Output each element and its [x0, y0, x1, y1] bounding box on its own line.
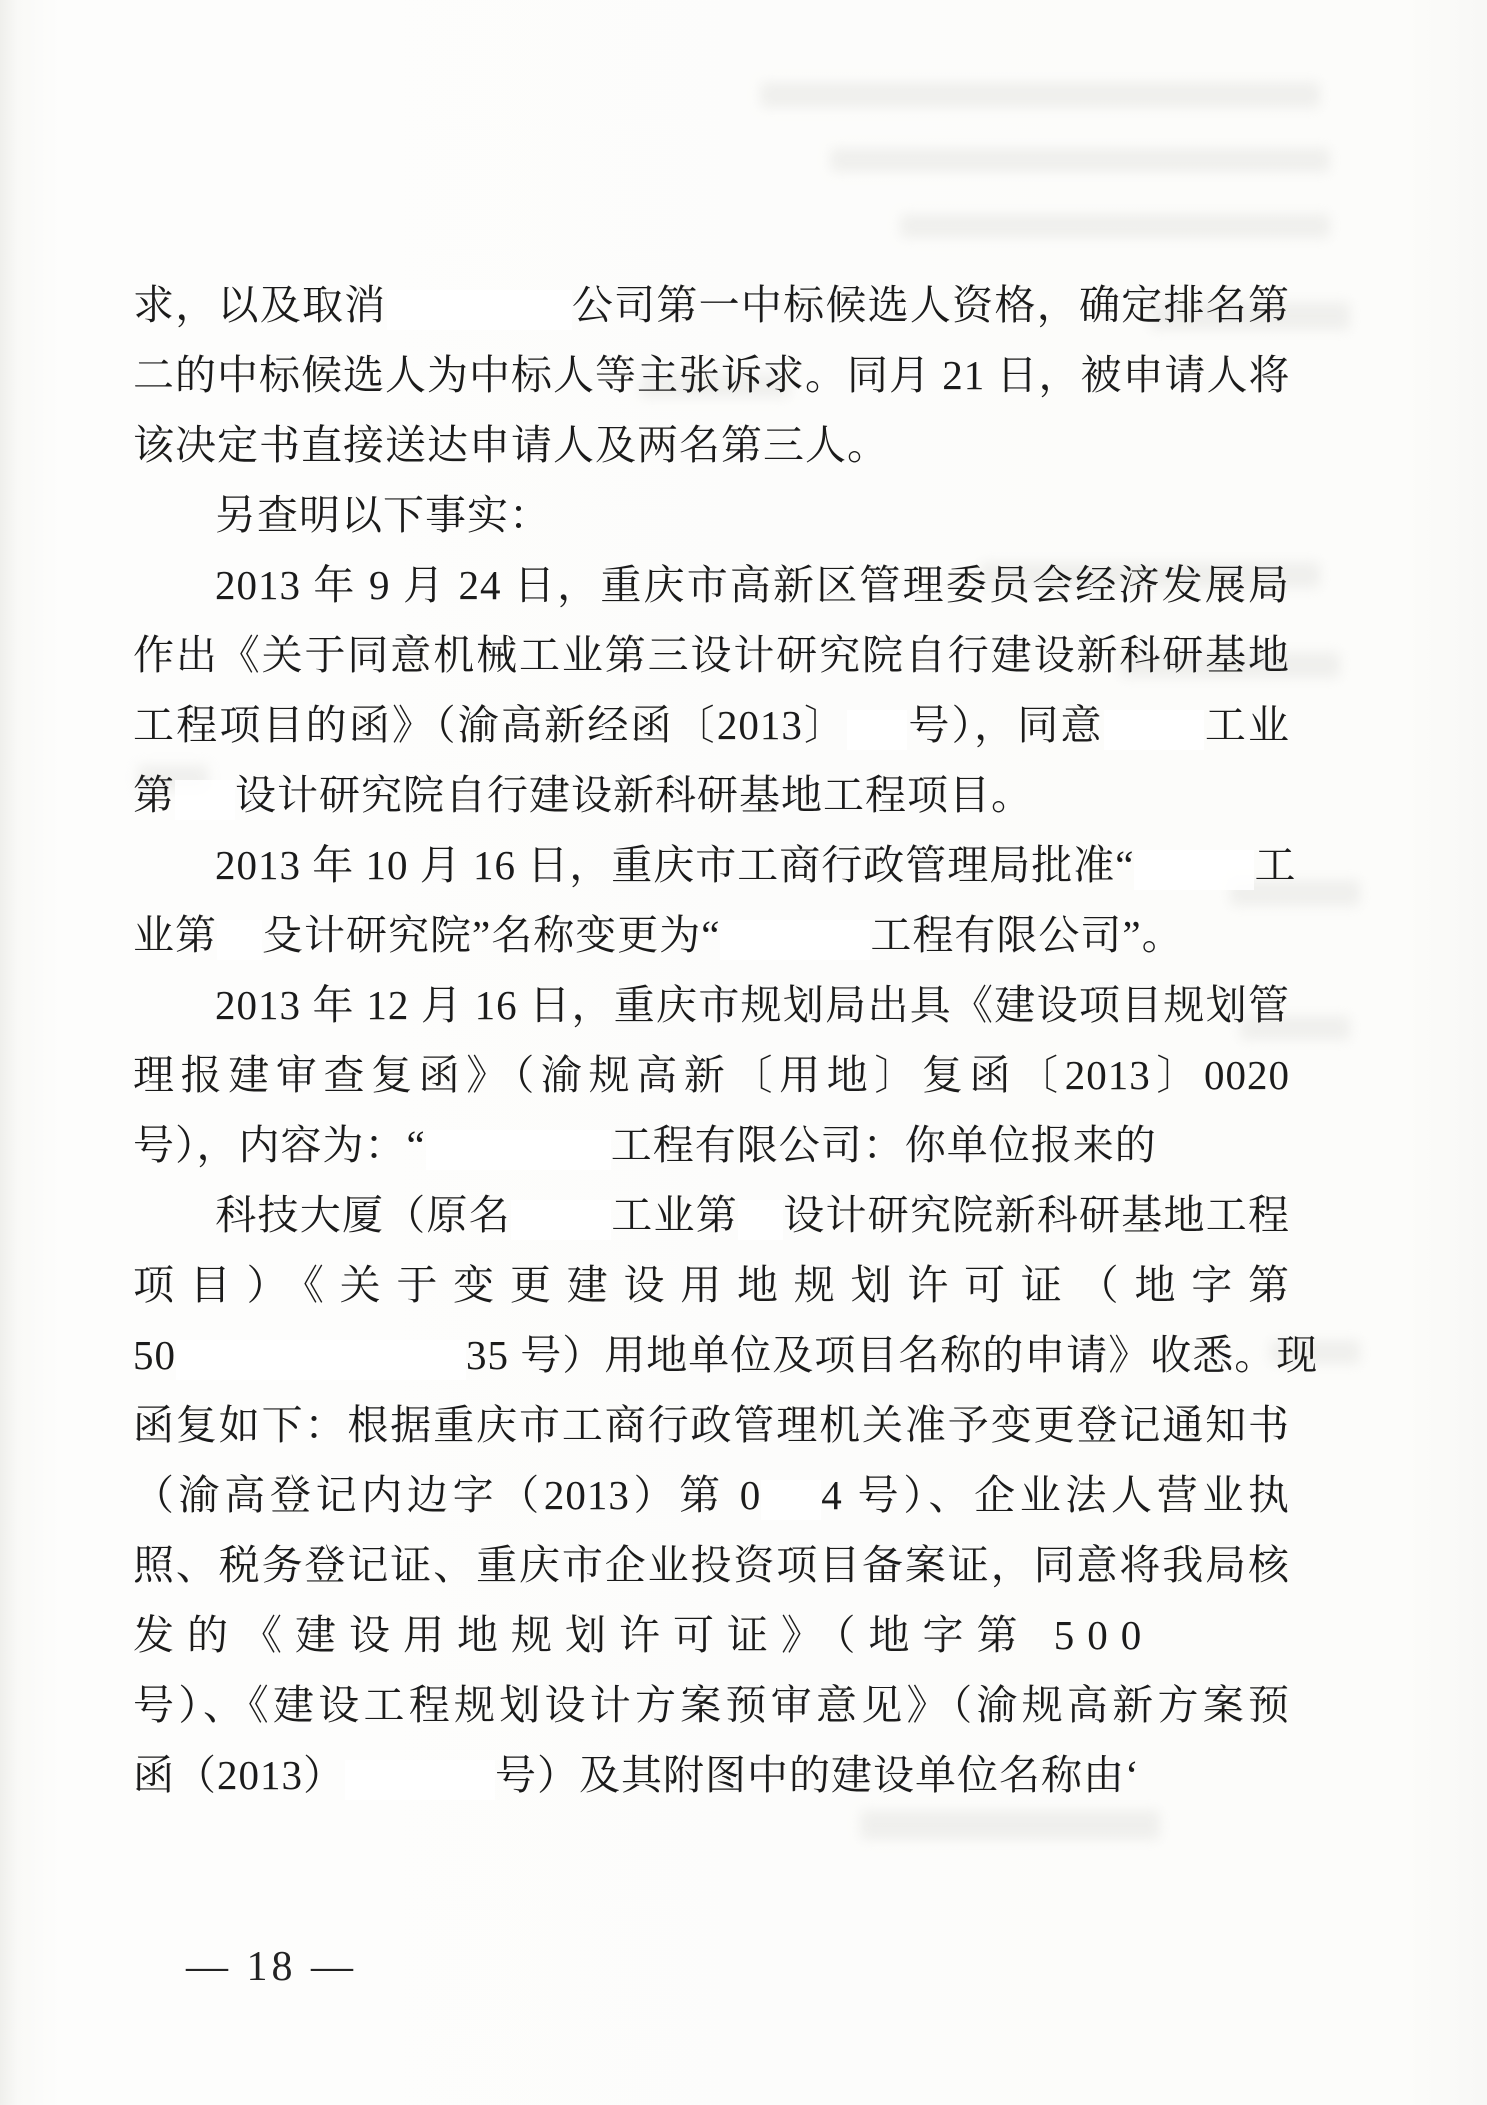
text-segment: 2013 年 10 月 16 日，重庆市工商行政管理局批准“ — [215, 842, 1134, 888]
text-line-4: 另查明以下事实： — [133, 480, 1290, 550]
text-segment: 业第 — [133, 912, 217, 958]
text-line-5: 2013 年 9 月 24 日，重庆市高新区管理委员会经济发展局 — [133, 550, 1290, 620]
redaction-gap — [720, 920, 870, 960]
text-segment: （渝高登记内边字（2013）第 0 — [133, 1472, 761, 1518]
text-line-20: 发的《建设用地规划许可证》（地字第 500 — [133, 1600, 1290, 1670]
text-segment: 工业第 — [611, 1192, 738, 1238]
text-line-19: 照、税务登记证、重庆市企业投资项目备案证，同意将我局核 — [133, 1530, 1290, 1600]
text-segment: 函复如下：根据重庆市工商行政管理机关准予变更登记通知书 — [133, 1402, 1290, 1448]
redaction-gap — [738, 1200, 783, 1240]
text-line-8: 第设计研究院自行建设新科研基地工程项目。 — [133, 760, 1290, 830]
text-segment: 号）及其附图中的建设单位名称由‘ — [495, 1752, 1140, 1798]
text-segment: 函（2013） — [133, 1752, 345, 1798]
redaction-gap — [175, 780, 235, 820]
text-line-7: 工程项目的函》（渝高新经函〔2013〕号），同意工业 — [133, 690, 1290, 760]
text-segment: 4 号）、企业法人营业执 — [821, 1472, 1290, 1518]
text-line-14: 科技大厦（原名工业第设计研究院新科研基地工程 — [133, 1180, 1290, 1250]
text-segment: 2013 年 12 月 16 日，重庆市规划局出具《建设项目规划管 — [215, 982, 1290, 1028]
redaction-gap — [176, 1340, 466, 1380]
text-segment: 设计研究院新科研基地工程 — [783, 1192, 1290, 1238]
text-segment: 二的中标候选人为中标人等主张诉求。同月 21 日，被申请人将 — [133, 352, 1291, 398]
text-line-21: 号）、《建设工程规划设计方案预审意见》（渝规高新方案预 — [133, 1670, 1290, 1740]
text-line-9: 2013 年 10 月 16 日，重庆市工商行政管理局批准“工 — [133, 830, 1290, 900]
text-block: 求，以及取消公司第一中标候选人资格，确定排名第二的中标候选人为中标人等主张诉求。… — [133, 270, 1290, 1810]
text-segment: 工程有限公司”。 — [870, 912, 1183, 958]
text-segment: 工业 — [1204, 702, 1290, 748]
page-number: — 18 — — [186, 1943, 357, 1991]
redaction-gap — [1104, 710, 1204, 750]
text-line-22: 函（2013）号）及其附图中的建设单位名称由‘ — [133, 1740, 1290, 1810]
redaction-gap — [426, 1130, 611, 1170]
text-segment: 科技大厦（原名 — [215, 1192, 511, 1238]
redaction-gap — [761, 1480, 821, 1520]
text-segment: 殳计研究院”名称变更为“ — [262, 912, 720, 958]
text-segment: 作出《关于同意机械工业第三设计研究院自行建设新科研基地 — [133, 632, 1290, 678]
text-segment: 50 — [133, 1332, 176, 1378]
text-segment: 号），内容为：“ — [133, 1122, 426, 1168]
text-line-3: 该决定书直接送达申请人及两名第三人。 — [133, 410, 1290, 480]
redaction-gap — [1134, 850, 1254, 890]
text-line-11: 2013 年 12 月 16 日，重庆市规划局出具《建设项目规划管 — [133, 970, 1290, 1040]
redaction-gap — [511, 1200, 611, 1240]
text-segment: 该决定书直接送达申请人及两名第三人。 — [133, 422, 889, 468]
redaction-gap — [847, 710, 907, 750]
text-line-18: （渝高登记内边字（2013）第 04 号）、企业法人营业执 — [133, 1460, 1290, 1530]
text-line-13: 号），内容为：“工程有限公司：你单位报来的 — [133, 1110, 1290, 1180]
text-segment: 公司第一中标候选人资格，确定排名第 — [572, 282, 1290, 328]
text-segment: 号）、《建设工程规划设计方案预审意见》（渝规高新方案预 — [133, 1682, 1290, 1728]
text-line-1: 求，以及取消公司第一中标候选人资格，确定排名第 — [133, 270, 1290, 340]
redaction-gap — [217, 920, 262, 960]
scan-artifact — [860, 1810, 1160, 1840]
text-line-12: 理报建审查复函》（渝规高新〔用地〕复函〔2013〕0020 — [133, 1040, 1290, 1110]
text-line-16: 5035 号）用地单位及项目名称的申请》收悉。现 — [133, 1320, 1290, 1390]
text-line-2: 二的中标候选人为中标人等主张诉求。同月 21 日，被申请人将 — [133, 340, 1290, 410]
text-segment: 理报建审查复函》（渝规高新〔用地〕复函〔2013〕0020 — [133, 1052, 1290, 1098]
text-segment: 发的《建设用地规划许可证》（地字第 500 — [133, 1612, 1154, 1658]
scan-artifact — [760, 82, 1320, 108]
scan-artifact — [900, 214, 1330, 238]
redaction-gap — [345, 1760, 495, 1800]
text-segment: 工 — [1254, 842, 1296, 888]
text-segment: 项目）《关于变更建设用地规划许可证（地字第 — [133, 1262, 1290, 1308]
text-line-17: 函复如下：根据重庆市工商行政管理机关准予变更登记通知书 — [133, 1390, 1290, 1460]
document-page: 求，以及取消公司第一中标候选人资格，确定排名第二的中标候选人为中标人等主张诉求。… — [0, 0, 1487, 2105]
text-segment: 2013 年 9 月 24 日，重庆市高新区管理委员会经济发展局 — [215, 562, 1290, 608]
text-line-10: 业第殳计研究院”名称变更为“工程有限公司”。 — [133, 900, 1290, 970]
text-segment: 工程有限公司：你单位报来的 — [611, 1122, 1157, 1168]
text-segment: 第 — [133, 772, 175, 818]
text-segment: 设计研究院自行建设新科研基地工程项目。 — [235, 772, 1033, 818]
text-line-6: 作出《关于同意机械工业第三设计研究院自行建设新科研基地 — [133, 620, 1290, 690]
text-segment: 照、税务登记证、重庆市企业投资项目备案证，同意将我局核 — [133, 1542, 1290, 1588]
redaction-gap — [387, 290, 572, 330]
text-line-15: 项目）《关于变更建设用地规划许可证（地字第 — [133, 1250, 1290, 1320]
text-segment: 工程项目的函》（渝高新经函〔2013〕 — [133, 702, 847, 748]
scan-artifact — [830, 148, 1330, 172]
text-segment: 求，以及取消 — [133, 282, 387, 328]
text-segment: 35 号）用地单位及项目名称的申请》收悉。现 — [466, 1332, 1318, 1378]
text-segment: 号），同意 — [907, 702, 1104, 748]
text-segment: 另查明以下事实： — [215, 492, 551, 538]
